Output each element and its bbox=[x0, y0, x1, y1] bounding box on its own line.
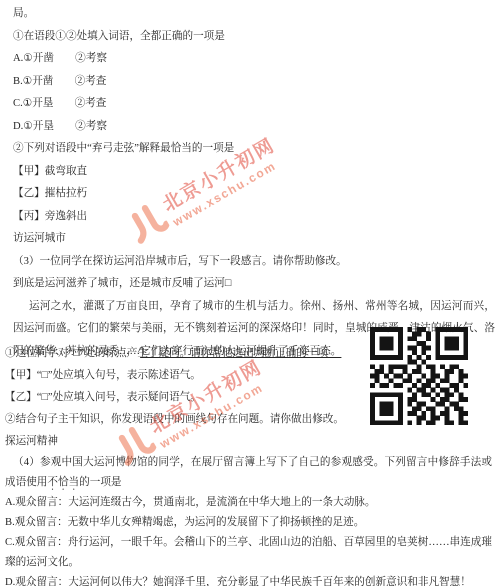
q2-option-bing: 【丙】旁逸斜出 bbox=[13, 206, 495, 229]
q1-option-a: A.①开凿 ②考察 bbox=[13, 48, 495, 71]
q1-option-d: D.①开垦 ②考察 bbox=[13, 116, 495, 139]
section-top: 局。 ①在语段①②处填入词语，全都正确的一项是 A.①开凿 ②考察 B.①开凿 … bbox=[13, 3, 495, 363]
q4-option-c: C.观众留言：舟行运河，一眼千年。会稽山下的兰亭、北固山边的泊船、百草园里的皂荚… bbox=[5, 533, 492, 573]
q4-intro-emphasized: 不恰当 bbox=[47, 477, 79, 488]
qr-code-image bbox=[370, 327, 468, 425]
q4-option-a: A.观众留言：大运河连缀古今，贯通南北，是流淌在中华大地上的一条大动脉。 bbox=[5, 493, 492, 513]
q4-intro: （4）参观中国大运河博物馆的同学，在展厅留言簿上写下了自己的参观感受。下列留言中… bbox=[5, 453, 492, 493]
q1-prompt: ①在语段①②处填入词语，全都正确的一项是 bbox=[13, 26, 495, 49]
essay-question-line: 到底是运河滋养了城市，还是城市反哺了运河□ bbox=[13, 273, 495, 296]
q2-option-jia: 【甲】截弯取直 bbox=[13, 161, 495, 184]
q1-option-b: B.①开凿 ②考查 bbox=[13, 71, 495, 94]
q1-option-c: C.①开垦 ②考查 bbox=[13, 93, 495, 116]
q4-option-d: D.观众留言：大运河何以伟大？她润泽千里，充分彰显了中华民族千百年来的创新意识和… bbox=[5, 573, 492, 586]
q3-intro: （3）一位同学在探访运河沿岸城市后，写下一段感言。请你帮助修改。 bbox=[13, 251, 495, 274]
q2-option-yi: 【乙】摧枯拉朽 bbox=[13, 183, 495, 206]
qr-code bbox=[370, 327, 468, 425]
q4-option-b: B.观众留言：无数中华儿女殚精竭虑，为运河的发展留下了抑扬顿挫的足迹。 bbox=[5, 513, 492, 533]
q2-prompt: ②下列对语段中“弃弓走弦”解释最恰当的一项是 bbox=[13, 138, 495, 161]
q4-intro-post: 的一项是 bbox=[79, 477, 121, 488]
exam-paper-page: 局。 ①在语段①②处填入词语，全都正确的一项是 A.①开凿 ②考察 B.①开凿 … bbox=[0, 0, 500, 586]
q4-block: （4）参观中国大运河博物馆的同学，在展厅留言簿上写下了自己的参观感受。下列留言中… bbox=[5, 453, 492, 586]
section-heading-spirit: 探运河精神 bbox=[5, 431, 492, 453]
section-heading-city: 访运河城市 bbox=[13, 228, 495, 251]
stray-tail-line: 局。 bbox=[13, 3, 495, 26]
